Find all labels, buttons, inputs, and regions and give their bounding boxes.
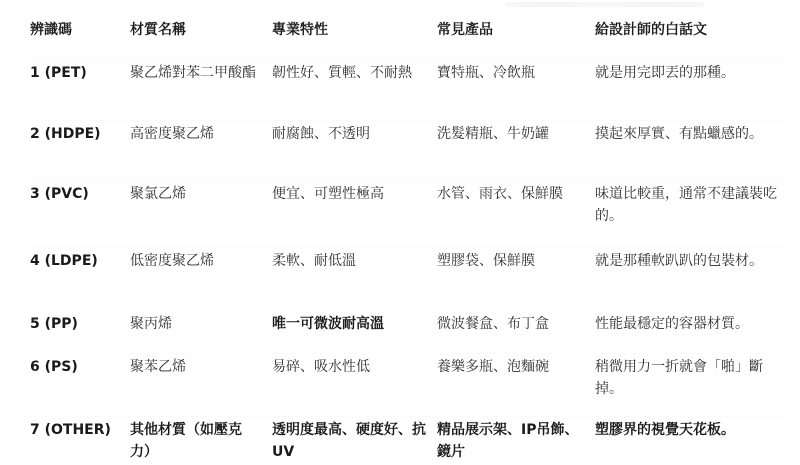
cell-plain-talk: 味道比較重，通常不建議裝吃的。: [595, 181, 790, 248]
cell-products: 水管、雨衣、保鮮膜: [437, 181, 595, 248]
cell-code: 1 (PET): [30, 60, 130, 121]
cell-products: 塑膠袋、保鮮膜: [437, 248, 595, 311]
cell-code: 2 (HDPE): [30, 121, 130, 181]
cell-properties: 透明度最高、硬度好、抗UV: [272, 417, 437, 465]
cell-products: 養樂多瓶、泡麵碗: [437, 354, 595, 417]
cell-properties: 耐腐蝕、不透明: [272, 121, 437, 181]
cell-material: 低密度聚乙烯: [130, 248, 272, 311]
cell-properties: 易碎、吸水性低: [272, 354, 437, 417]
table-row: 2 (HDPE) 高密度聚乙烯 耐腐蝕、不透明 洗髮精瓶、牛奶罐 摸起來厚實、有…: [30, 121, 790, 181]
cell-material: 高密度聚乙烯: [130, 121, 272, 181]
cell-material: 聚氯乙烯: [130, 181, 272, 248]
cell-code: 3 (PVC): [30, 181, 130, 248]
table-header-row: 辨識碼 材質名稱 專業特性 常見產品 給設計師的白話文: [30, 18, 790, 60]
cell-products: 精品展示架、IP吊飾、鏡片: [437, 417, 595, 465]
cell-plain-talk: 摸起來厚實、有點蠟感的。: [595, 121, 790, 181]
cell-material: 其他材質（如壓克力）: [130, 417, 272, 465]
table-row: 7 (OTHER) 其他材質（如壓克力） 透明度最高、硬度好、抗UV 精品展示架…: [30, 417, 790, 465]
header-products: 常見產品: [437, 18, 595, 60]
table-row: 5 (PP) 聚丙烯 唯一可微波耐高溫 微波餐盒、布丁盒 性能最穩定的容器材質。: [30, 311, 790, 354]
cell-products: 寶特瓶、冷飲瓶: [437, 60, 595, 121]
table-row: 1 (PET) 聚乙烯對苯二甲酸酯 韌性好、質輕、不耐熱 寶特瓶、冷飲瓶 就是用…: [30, 60, 790, 121]
cell-properties: 唯一可微波耐高溫: [272, 311, 437, 354]
cell-code: 6 (PS): [30, 354, 130, 417]
cell-plain-talk: 性能最穩定的容器材質。: [595, 311, 790, 354]
faint-top-artifact: [505, 2, 705, 7]
cell-properties: 柔軟、耐低溫: [272, 248, 437, 311]
header-code: 辨識碼: [30, 18, 130, 60]
table-row: 4 (LDPE) 低密度聚乙烯 柔軟、耐低溫 塑膠袋、保鮮膜 就是那種軟趴趴的包…: [30, 248, 790, 311]
cell-material: 聚乙烯對苯二甲酸酯: [130, 60, 272, 121]
table-row: 3 (PVC) 聚氯乙烯 便宜、可塑性極高 水管、雨衣、保鮮膜 味道比較重，通常…: [30, 181, 790, 248]
header-plain-talk: 給設計師的白話文: [595, 18, 790, 60]
cell-material: 聚丙烯: [130, 311, 272, 354]
cell-code: 4 (LDPE): [30, 248, 130, 311]
cell-plain-talk: 就是那種軟趴趴的包裝材。: [595, 248, 790, 311]
cell-code: 7 (OTHER): [30, 417, 130, 465]
table-row: 6 (PS) 聚苯乙烯 易碎、吸水性低 養樂多瓶、泡麵碗 稍微用力一折就會「啪」…: [30, 354, 790, 417]
cell-plain-talk: 塑膠界的視覺天花板。: [595, 417, 790, 465]
cell-plain-talk: 就是用完即丟的那種。: [595, 60, 790, 121]
cell-products: 洗髮精瓶、牛奶罐: [437, 121, 595, 181]
cell-material: 聚苯乙烯: [130, 354, 272, 417]
cell-properties: 便宜、可塑性極高: [272, 181, 437, 248]
cell-properties: 韌性好、質輕、不耐熱: [272, 60, 437, 121]
plastic-codes-table: 辨識碼 材質名稱 專業特性 常見產品 給設計師的白話文 1 (PET) 聚乙烯對…: [30, 18, 790, 465]
cell-code: 5 (PP): [30, 311, 130, 354]
cell-products: 微波餐盒、布丁盒: [437, 311, 595, 354]
header-material: 材質名稱: [130, 18, 272, 60]
cell-plain-talk: 稍微用力一折就會「啪」斷掉。: [595, 354, 790, 417]
header-properties: 專業特性: [272, 18, 437, 60]
